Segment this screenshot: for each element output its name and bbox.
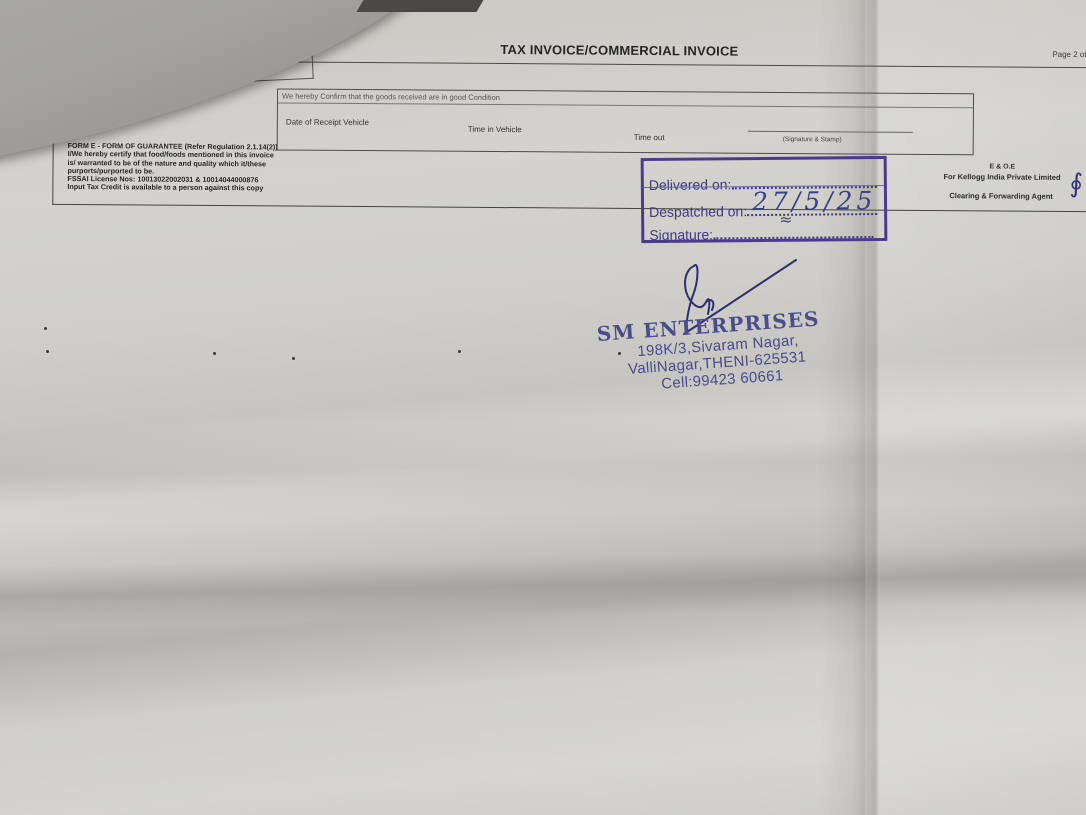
signature-line xyxy=(748,131,913,133)
handwritten-initial: ≈ xyxy=(779,210,793,229)
eoe-label: E & O.E xyxy=(990,163,1016,170)
invoice-title: TAX INVOICE/COMMERCIAL INVOICE xyxy=(500,42,738,59)
signature-field xyxy=(713,236,873,239)
time-out-label: Time out xyxy=(634,133,665,142)
delivered-on-label: Delivered on: xyxy=(649,176,732,193)
divider xyxy=(278,102,973,108)
paper-dot xyxy=(458,350,461,353)
signature-row: Signature: xyxy=(649,225,873,243)
paper-dot xyxy=(44,327,47,330)
form-of-guarantee: FORM E - FORM OF GUARANTEE (Refer Regula… xyxy=(67,142,337,194)
despatched-on-label: Despatched on: xyxy=(649,203,747,220)
signature-caption: (Signature & Stamp) xyxy=(783,136,842,143)
date-of-receipt-label: Date of Receipt Vehicle xyxy=(286,118,369,128)
page-number: Page 2 of xyxy=(1052,50,1086,59)
receipt-confirmation-text: We hereby Confirm that the goods receive… xyxy=(282,91,500,102)
paper-dot xyxy=(46,350,49,353)
paper-dot xyxy=(213,352,216,355)
paper-dot xyxy=(292,357,295,360)
invoice-page: TAX INVOICE/COMMERCIAL INVOICE Page 2 of… xyxy=(0,0,1086,815)
company-seal: SM ENTERPRISES 198K/3,Sivaram Nagar, Val… xyxy=(596,306,831,397)
for-company-label: For Kellogg India Private Limited xyxy=(943,172,1060,182)
background-edge xyxy=(357,0,484,12)
handwritten-despatch-date: 27/5/25 xyxy=(752,186,877,216)
signature-label: Signature: xyxy=(649,226,713,243)
time-in-label: Time in Vehicle xyxy=(468,125,522,134)
agent-role-label: Clearing & Forwarding Agent xyxy=(949,191,1053,201)
handwritten-mark: ∮ xyxy=(1069,169,1083,199)
delivery-stamp: Delivered on: Despatched on: 27/5/25 Sig… xyxy=(641,156,888,243)
